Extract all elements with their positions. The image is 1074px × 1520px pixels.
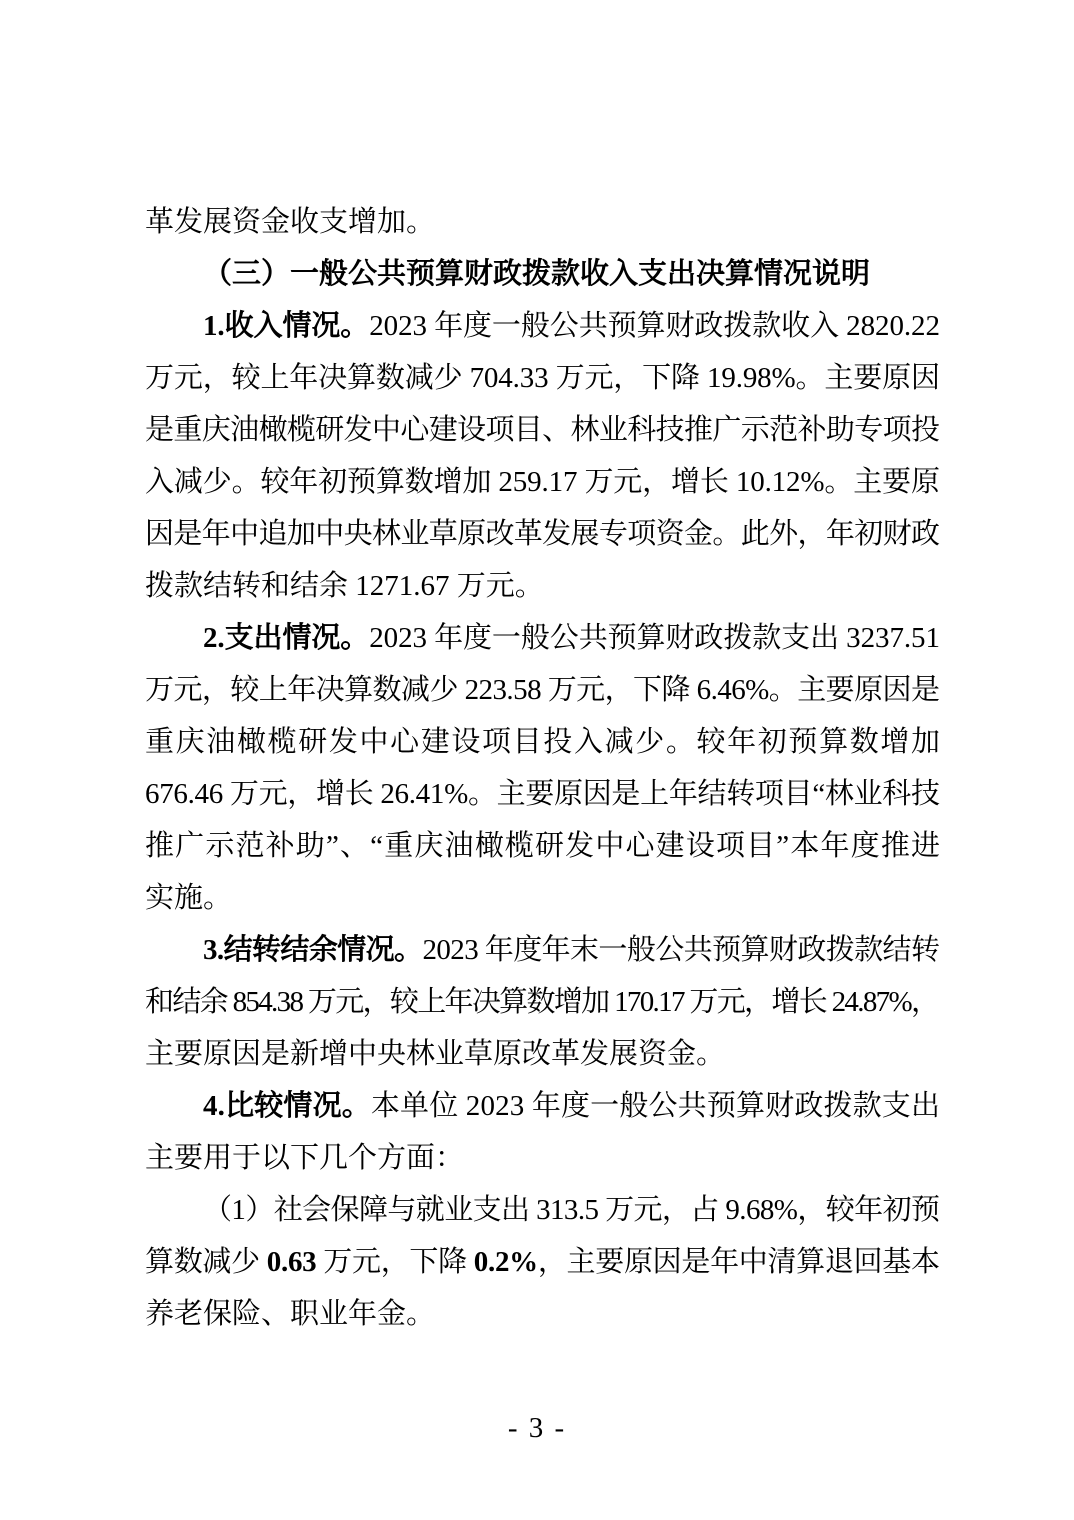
text-line: 实施。 bbox=[145, 872, 940, 924]
text-segment: 万元，下降 bbox=[316, 1246, 473, 1278]
text-line: 是重庆油橄榄研发中心建设项目、林业科技推广示范补助专项投 bbox=[145, 404, 940, 456]
text-segment: 万元，较上年决算数减少 223.58 万元，下降 6.46%。主要原因是 bbox=[145, 674, 939, 706]
text-segment: 本单位 2023 年度一般公共预算财政拨款支出 bbox=[371, 1090, 940, 1122]
text-line: 4.比较情况。本单位 2023 年度一般公共预算财政拨款支出 bbox=[145, 1080, 940, 1132]
text-segment-bold: 2.支出情况。 bbox=[203, 622, 369, 654]
text-segment: 推广示范补助”、“重庆油橄榄研发中心建设项目”本年度推进 bbox=[145, 830, 941, 862]
document-body: 革发展资金收支增加。（三）一般公共预算财政拨款收入支出决算情况说明1.收入情况。… bbox=[145, 196, 940, 1340]
text-segment-bold: （三）一般公共预算财政拨款收入支出决算情况说明 bbox=[203, 258, 870, 290]
text-line: 主要原因是新增中央林业草原改革发展资金。 bbox=[145, 1028, 940, 1080]
page-number: - 3 - bbox=[0, 1403, 1074, 1453]
text-segment: 2023 年度一般公共预算财政拨款支出 3237.51 bbox=[369, 622, 940, 654]
text-segment: 入减少。较年初预算数增加 259.17 万元，增长 10.12%。主要原 bbox=[145, 466, 940, 498]
text-line-content: 4.比较情况。本单位 2023 年度一般公共预算财政拨款支出 bbox=[203, 1090, 940, 1122]
text-line-content: 万元，较上年决算数减少 704.33 万元，下降 19.98%。主要原因 bbox=[145, 362, 940, 394]
text-segment: 2023 年度一般公共预算财政拨款收入 2820.22 bbox=[369, 310, 940, 342]
text-line: 1.收入情况。2023 年度一般公共预算财政拨款收入 2820.22 bbox=[145, 300, 940, 352]
text-line: 入减少。较年初预算数增加 259.17 万元，增长 10.12%。主要原 bbox=[145, 456, 940, 508]
text-line-content: 是重庆油橄榄研发中心建设项目、林业科技推广示范补助专项投 bbox=[145, 414, 939, 446]
text-line: 万元，较上年决算数减少 704.33 万元，下降 19.98%。主要原因 bbox=[145, 352, 940, 404]
text-segment: 重庆油橄榄研发中心建设项目投入减少。较年初预算数增加 bbox=[145, 726, 942, 758]
text-segment-bold: 4.比较情况。 bbox=[203, 1090, 371, 1122]
text-line-content: 1.收入情况。2023 年度一般公共预算财政拨款收入 2820.22 bbox=[203, 310, 940, 342]
text-line: 因是年中追加中央林业草原改革发展专项资金。此外，年初财政 bbox=[145, 508, 940, 560]
text-segment: 因是年中追加中央林业草原改革发展专项资金。此外，年初财政 bbox=[145, 518, 939, 550]
text-line-content: （三）一般公共预算财政拨款收入支出决算情况说明 bbox=[203, 258, 870, 290]
text-segment: （1）社会保障与就业支出 313.5 万元，占 9.68%，较年初预 bbox=[203, 1194, 939, 1226]
text-segment: 676.46 万元，增长 26.41%。主要原因是上年结转项目“林业科技 bbox=[145, 778, 940, 810]
text-line: 算数减少 0.63 万元，下降 0.2%，主要原因是年中清算退回基本 bbox=[145, 1236, 940, 1288]
text-line-content: 因是年中追加中央林业草原改革发展专项资金。此外，年初财政 bbox=[145, 518, 939, 550]
text-line-content: 重庆油橄榄研发中心建设项目投入减少。较年初预算数增加 bbox=[145, 726, 942, 758]
text-segment-bold: 0.2% bbox=[474, 1246, 538, 1278]
text-line: 革发展资金收支增加。 bbox=[145, 196, 940, 248]
text-line-content: 养老保险、职业年金。 bbox=[145, 1298, 435, 1330]
text-line-content: 万元，较上年决算数减少 223.58 万元，下降 6.46%。主要原因是 bbox=[145, 674, 939, 706]
text-line-content: 拨款结转和结余 1271.67 万元。 bbox=[145, 570, 544, 602]
text-line: 主要用于以下几个方面： bbox=[145, 1132, 940, 1184]
text-segment-bold: 0.63 bbox=[267, 1246, 317, 1278]
text-segment-bold: 3.结转结余情况。 bbox=[203, 934, 422, 966]
text-segment: 算数减少 bbox=[145, 1246, 267, 1278]
text-line: 3.结转结余情况。2023 年度年末一般公共预算财政拨款结转 bbox=[145, 924, 940, 976]
text-line: 和结余 854.38 万元，较上年决算数增加 170.17 万元，增长 24.8… bbox=[145, 976, 940, 1028]
text-line: （1）社会保障与就业支出 313.5 万元，占 9.68%，较年初预 bbox=[145, 1184, 940, 1236]
text-segment: ，主要原因是年中清算退回基本 bbox=[538, 1246, 940, 1278]
text-line: 万元，较上年决算数减少 223.58 万元，下降 6.46%。主要原因是 bbox=[145, 664, 940, 716]
document-page: 革发展资金收支增加。（三）一般公共预算财政拨款收入支出决算情况说明1.收入情况。… bbox=[0, 0, 1074, 1520]
text-segment: 是重庆油橄榄研发中心建设项目、林业科技推广示范补助专项投 bbox=[145, 414, 939, 446]
text-segment: 实施。 bbox=[145, 882, 232, 914]
text-line-content: 入减少。较年初预算数增加 259.17 万元，增长 10.12%。主要原 bbox=[145, 466, 940, 498]
text-line-content: 676.46 万元，增长 26.41%。主要原因是上年结转项目“林业科技 bbox=[145, 778, 940, 810]
text-line-content: 主要原因是新增中央林业草原改革发展资金。 bbox=[145, 1038, 725, 1070]
text-line-content: 3.结转结余情况。2023 年度年末一般公共预算财政拨款结转 bbox=[203, 934, 939, 966]
text-segment: 2023 年度年末一般公共预算财政拨款结转 bbox=[422, 934, 939, 966]
text-line-content: 算数减少 0.63 万元，下降 0.2%，主要原因是年中清算退回基本 bbox=[145, 1246, 940, 1278]
text-line: （三）一般公共预算财政拨款收入支出决算情况说明 bbox=[145, 248, 940, 300]
text-line-content: 2.支出情况。2023 年度一般公共预算财政拨款支出 3237.51 bbox=[203, 622, 940, 654]
text-line: 重庆油橄榄研发中心建设项目投入减少。较年初预算数增加 bbox=[145, 716, 940, 768]
text-segment: 革发展资金收支增加。 bbox=[145, 206, 435, 238]
text-line: 拨款结转和结余 1271.67 万元。 bbox=[145, 560, 940, 612]
text-line-content: （1）社会保障与就业支出 313.5 万元，占 9.68%，较年初预 bbox=[203, 1194, 939, 1226]
text-segment: 主要用于以下几个方面： bbox=[145, 1142, 464, 1174]
text-line: 676.46 万元，增长 26.41%。主要原因是上年结转项目“林业科技 bbox=[145, 768, 940, 820]
text-segment: 拨款结转和结余 1271.67 万元。 bbox=[145, 570, 544, 602]
text-segment: 养老保险、职业年金。 bbox=[145, 1298, 435, 1330]
text-line-content: 主要用于以下几个方面： bbox=[145, 1142, 464, 1174]
text-segment-bold: 1.收入情况。 bbox=[203, 310, 369, 342]
text-line-content: 实施。 bbox=[145, 882, 232, 914]
text-segment: 主要原因是新增中央林业草原改革发展资金。 bbox=[145, 1038, 725, 1070]
text-line-content: 革发展资金收支增加。 bbox=[145, 206, 435, 238]
text-segment: 万元，较上年决算数减少 704.33 万元，下降 19.98%。主要原因 bbox=[145, 362, 940, 394]
text-line: 2.支出情况。2023 年度一般公共预算财政拨款支出 3237.51 bbox=[145, 612, 940, 664]
text-line: 推广示范补助”、“重庆油橄榄研发中心建设项目”本年度推进 bbox=[145, 820, 940, 872]
text-segment: 和结余 854.38 万元，较上年决算数增加 170.17 万元，增长 24.8… bbox=[145, 986, 938, 1018]
text-line-content: 推广示范补助”、“重庆油橄榄研发中心建设项目”本年度推进 bbox=[145, 830, 941, 862]
text-line-content: 和结余 854.38 万元，较上年决算数增加 170.17 万元，增长 24.8… bbox=[145, 986, 938, 1018]
text-line: 养老保险、职业年金。 bbox=[145, 1288, 940, 1340]
